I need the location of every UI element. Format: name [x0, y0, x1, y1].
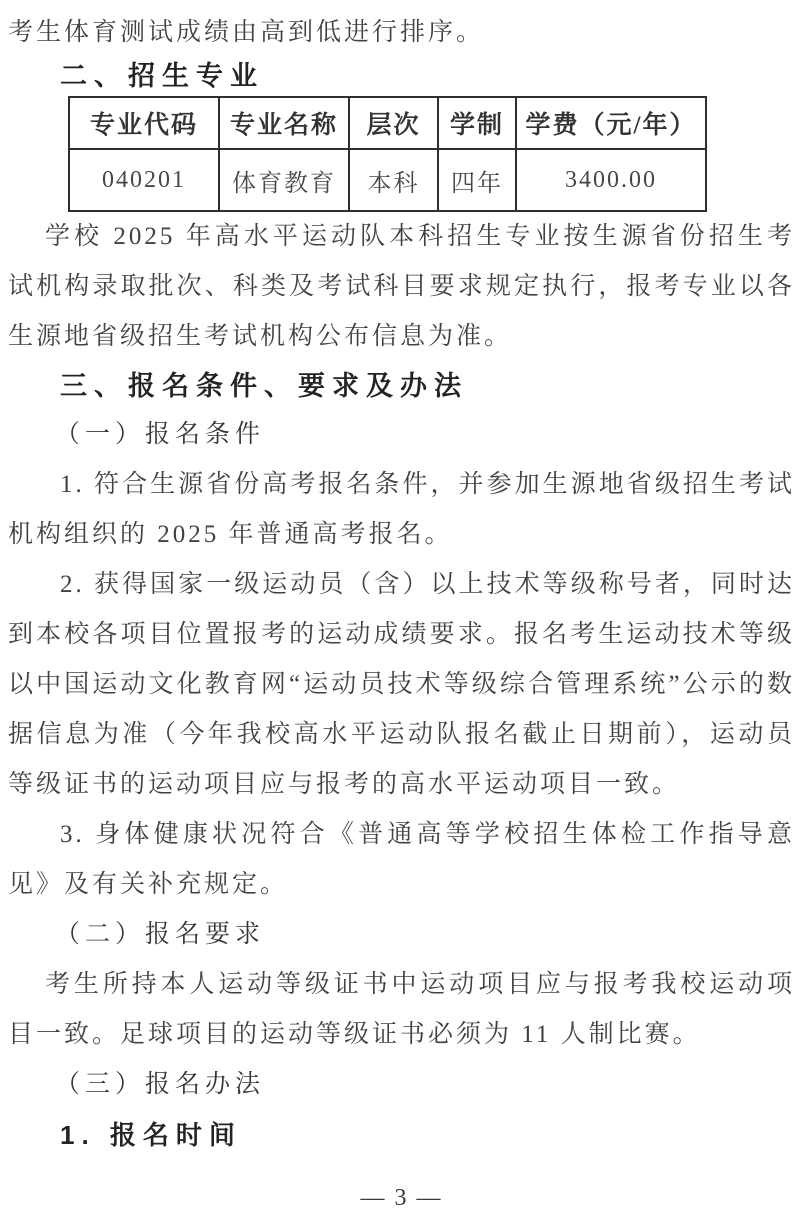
majors-table: 专业代码 专业名称 层次 学制 学费（元/年） 040201 体育教育 本科 四… — [68, 96, 707, 212]
table-header-row: 专业代码 专业名称 层次 学制 学费（元/年） — [69, 97, 706, 149]
sub3-heading: （三）报名办法 — [55, 1060, 795, 1110]
col-header-tuition: 学费（元/年） — [516, 97, 706, 149]
cell-duration: 四年 — [438, 149, 516, 211]
section3-heading: 三、报名条件、要求及办法 — [60, 362, 795, 410]
cell-level: 本科 — [349, 149, 438, 211]
intro-line: 考生体育测试成绩由高到低进行排序。 — [8, 10, 795, 56]
sub3-item1-heading: 1. 报名时间 — [60, 1110, 795, 1160]
table-row: 040201 体育教育 本科 四年 3400.00 — [69, 149, 706, 211]
condition-item-1: 1. 符合生源省份高考报名条件，并参加生源地省级招生考试机构组织的 2025 年… — [8, 460, 795, 560]
cell-major-name: 体育教育 — [219, 149, 349, 211]
col-header-level: 层次 — [349, 97, 438, 149]
page-number: — 3 — — [8, 1184, 795, 1212]
cell-major-code: 040201 — [69, 149, 219, 211]
section2-paragraph: 学校 2025 年高水平运动队本科招生专业按生源省份招生考试机构录取批次、科类及… — [8, 212, 795, 362]
document-page: 考生体育测试成绩由高到低进行排序。 二、招生专业 专业代码 专业名称 层次 学制… — [0, 0, 809, 1219]
section2-heading: 二、招生专业 — [60, 56, 795, 96]
condition-item-3: 3. 身体健康状况符合《普通高等学校招生体检工作指导意见》及有关补充规定。 — [8, 810, 795, 910]
sub2-heading: （二）报名要求 — [55, 910, 795, 960]
condition-item-2: 2. 获得国家一级运动员（含）以上技术等级称号者，同时达到本校各项目位置报考的运… — [8, 560, 795, 810]
sub1-heading: （一）报名条件 — [55, 410, 795, 460]
cell-tuition: 3400.00 — [516, 149, 706, 211]
col-header-major-name: 专业名称 — [219, 97, 349, 149]
col-header-major-code: 专业代码 — [69, 97, 219, 149]
sub2-paragraph: 考生所持本人运动等级证书中运动项目应与报考我校运动项目一致。足球项目的运动等级证… — [8, 960, 795, 1060]
col-header-duration: 学制 — [438, 97, 516, 149]
